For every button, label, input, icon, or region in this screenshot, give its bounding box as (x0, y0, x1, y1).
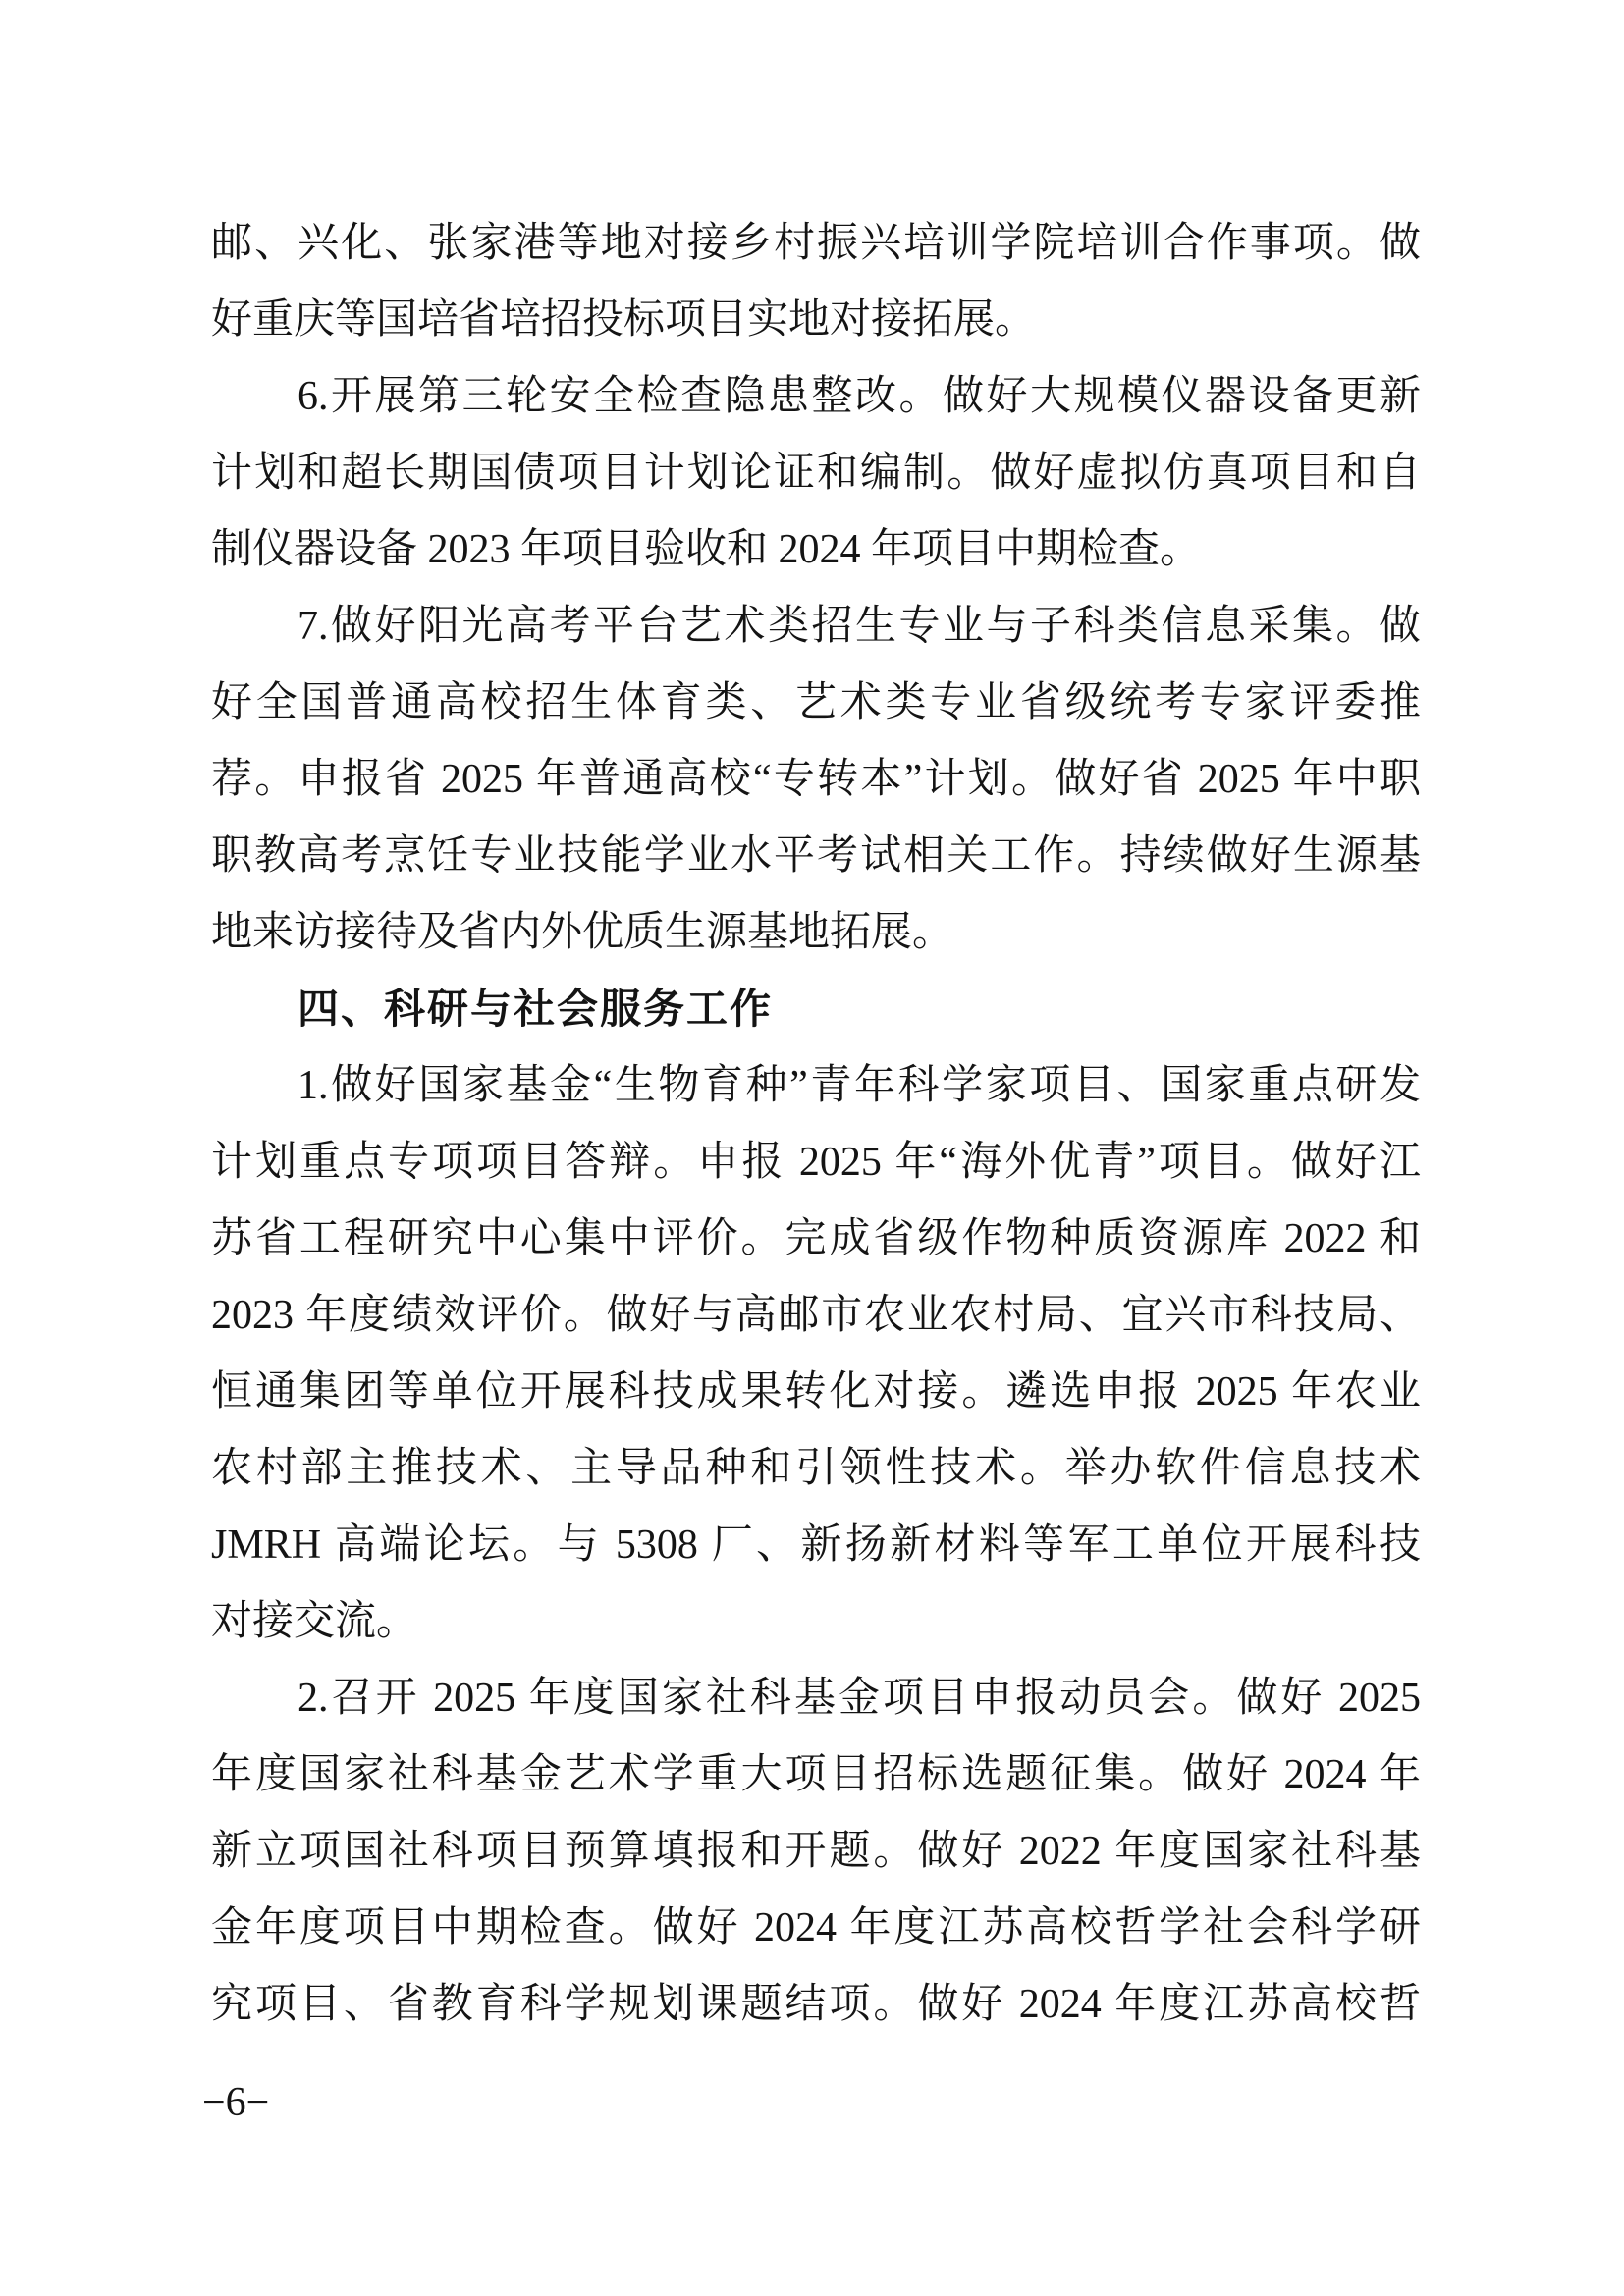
text-line: 2.召开 2025 年度国家社科基金项目申报动员会。做好 2025 (211, 1660, 1421, 1736)
text-line: 恒通集团等单位开展科技成果转化对接。遴选申报 2025 年农业 (211, 1354, 1421, 1430)
text-line: 6.开展第三轮安全检查隐患整改。做好大规模仪器设备更新 (211, 358, 1421, 435)
text-line: 究项目、省教育科学规划课题结项。做好 2024 年度江苏高校哲 (211, 1966, 1421, 2043)
text-line: 计划重点专项项目答辩。申报 2025 年“海外优青”项目。做好江 (211, 1124, 1421, 1201)
text-line: 荐。申报省 2025 年普通高校“专转本”计划。做好省 2025 年中职 (211, 741, 1421, 818)
text-line: 好全国普通高校招生体育类、艺术类专业省级统考专家评委推 (211, 665, 1421, 741)
page-number: −6− (202, 2079, 269, 2126)
text-line: 对接交流。 (211, 1583, 1421, 1660)
text-line: 职教高考烹饪专业技能学业水平考试相关工作。持续做好生源基 (211, 818, 1421, 894)
text-line: JMRH 高端论坛。与 5308 厂、新扬新材料等军工单位开展科技 (211, 1507, 1421, 1583)
section-heading: 四、科研与社会服务工作 (211, 971, 1421, 1047)
text-line: 好重庆等国培省培招投标项目实地对接拓展。 (211, 282, 1421, 358)
text-line: 1.做好国家基金“生物育种”青年科学家项目、国家重点研发 (211, 1047, 1421, 1124)
text-line: 7.做好阳光高考平台艺术类招生专业与子科类信息采集。做 (211, 588, 1421, 665)
text-line: 新立项国社科项目预算填报和开题。做好 2022 年度国家社科基 (211, 1813, 1421, 1890)
text-line: 计划和超长期国债项目计划论证和编制。做好虚拟仿真项目和自 (211, 435, 1421, 511)
text-line: 农村部主推技术、主导品种和引领性技术。举办软件信息技术 (211, 1430, 1421, 1507)
document-page: 邮、兴化、张家港等地对接乡村振兴培训学院培训合作事项。做 好重庆等国培省培招投标… (0, 0, 1624, 2296)
text-line: 地来访接待及省内外优质生源基地拓展。 (211, 894, 1421, 971)
text-line: 2023 年度绩效评价。做好与高邮市农业农村局、宜兴市科技局、 (211, 1277, 1421, 1354)
text-line: 金年度项目中期检查。做好 2024 年度江苏高校哲学社会科学研 (211, 1890, 1421, 1966)
text-line: 年度国家社科基金艺术学重大项目招标选题征集。做好 2024 年 (211, 1736, 1421, 1813)
text-line: 邮、兴化、张家港等地对接乡村振兴培训学院培训合作事项。做 (211, 205, 1421, 282)
document-body: 邮、兴化、张家港等地对接乡村振兴培训学院培训合作事项。做 好重庆等国培省培招投标… (211, 205, 1421, 2043)
text-line: 苏省工程研究中心集中评价。完成省级作物种质资源库 2022 和 (211, 1201, 1421, 1277)
text-line: 制仪器设备 2023 年项目验收和 2024 年项目中期检查。 (211, 511, 1421, 588)
